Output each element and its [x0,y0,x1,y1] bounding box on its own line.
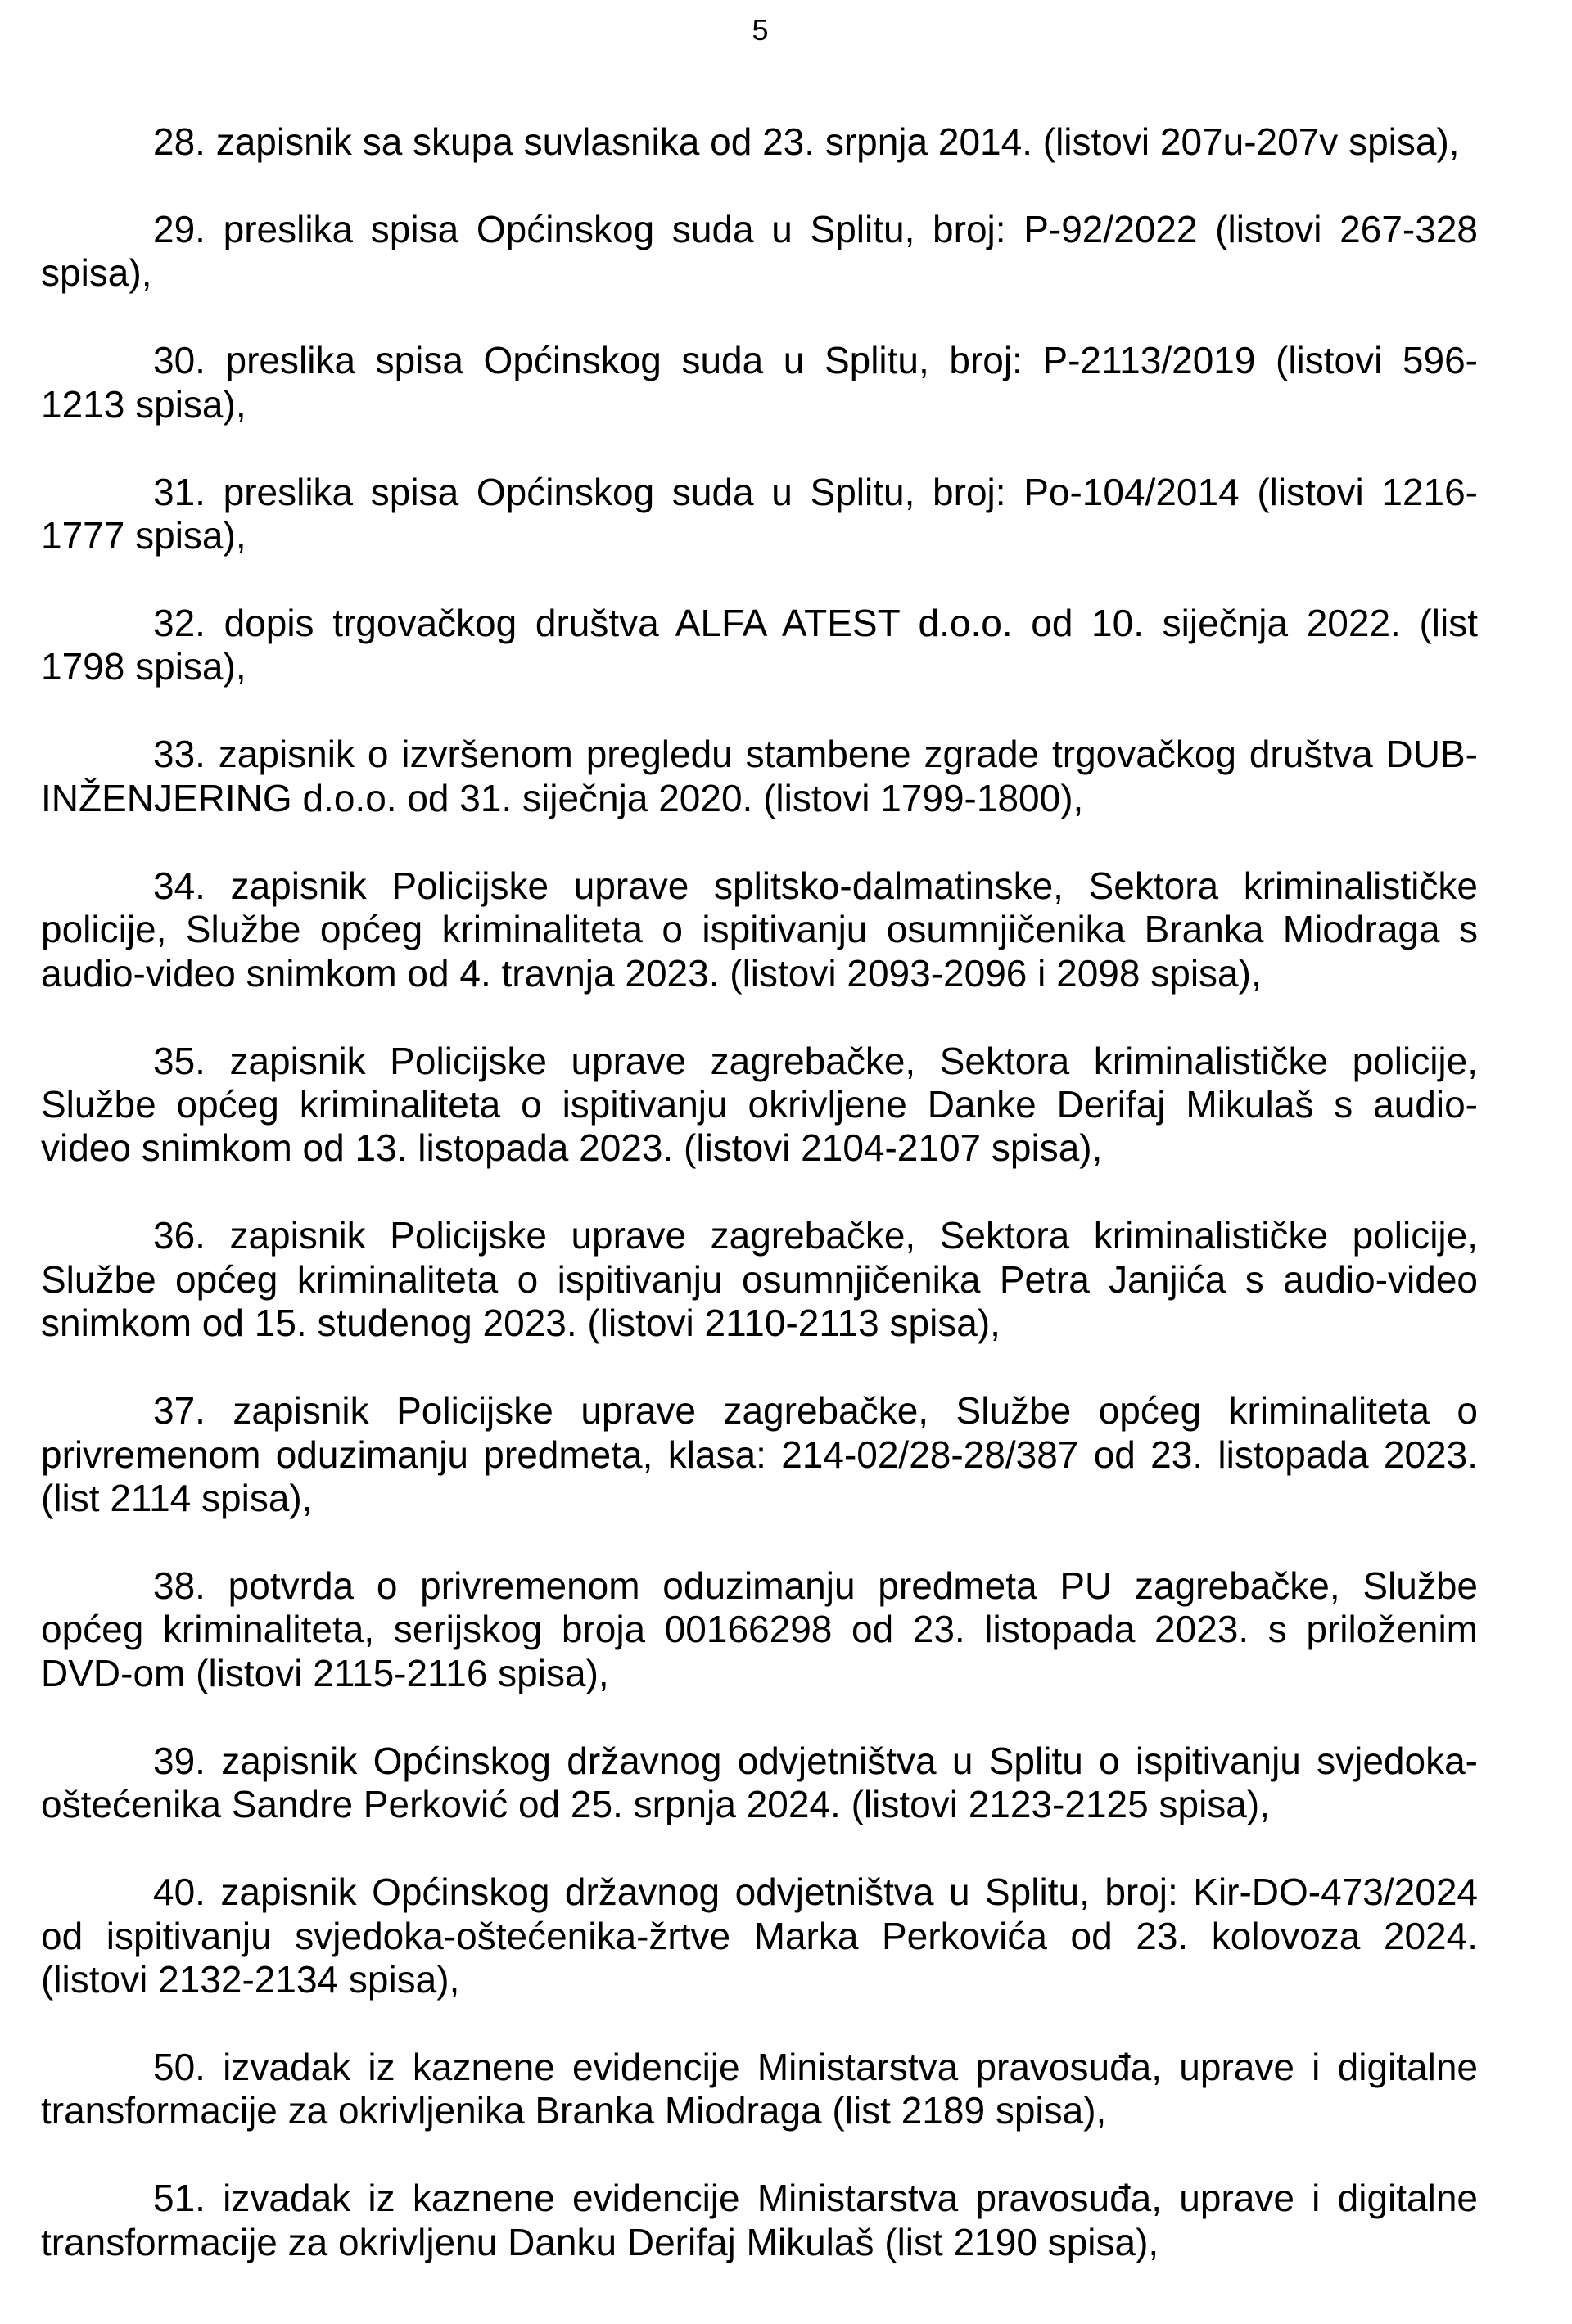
evidence-item-first-line: 29. preslika spisa Općinskog suda u Spli… [41,208,1478,251]
evidence-item-line: DVD-om (listovi 2115-2116 spisa), [41,1652,1478,1695]
evidence-item-line: (list 2114 spisa), [41,1477,1478,1520]
page-number: 5 [0,11,1520,49]
evidence-item-line: od ispitivanju svjedoka-oštećenika-žrtve… [41,1915,1478,1958]
evidence-item-line: snimkom od 15. studenog 2023. (listovi 2… [41,1302,1478,1345]
evidence-item: 34. zapisnik Policijske uprave splitsko-… [41,864,1478,995]
evidence-item-line: transformacije za okrivljenu Danku Derif… [41,2221,1478,2264]
evidence-item-first-line: 31. preslika spisa Općinskog suda u Spli… [41,471,1478,514]
evidence-item-line: (listovi 2132-2134 spisa), [41,1958,1478,2001]
evidence-item: 28. zapisnik sa skupa suvlasnika od 23. … [41,120,1478,164]
evidence-item: 33. zapisnik o izvršenom pregledu stambe… [41,733,1478,820]
evidence-item: 32. dopis trgovačkog društva ALFA ATEST … [41,602,1478,689]
evidence-item-line: INŽENJERING d.o.o. od 31. siječnja 2020.… [41,777,1478,820]
evidence-item: 35. zapisnik Policijske uprave zagrebačk… [41,1040,1478,1171]
evidence-item: 30. preslika spisa Općinskog suda u Spli… [41,339,1478,426]
evidence-item-line: video snimkom od 13. listopada 2023. (li… [41,1126,1478,1170]
evidence-item-first-line: 50. izvadak iz kaznene evidencije Minist… [41,2046,1478,2089]
evidence-item-first-line: 32. dopis trgovačkog društva ALFA ATEST … [41,602,1478,645]
evidence-item-first-line: 28. zapisnik sa skupa suvlasnika od 23. … [41,120,1478,164]
evidence-item-first-line: 33. zapisnik o izvršenom pregledu stambe… [41,733,1478,776]
evidence-item-line: oštećenika Sandre Perković od 25. srpnja… [41,1783,1478,1826]
evidence-item: 38. potvrda o privremenom oduzimanju pre… [41,1564,1478,1695]
evidence-item: 50. izvadak iz kaznene evidencije Minist… [41,2046,1478,2133]
evidence-item-line: općeg kriminaliteta, serijskog broja 001… [41,1608,1478,1651]
evidence-item-first-line: 30. preslika spisa Općinskog suda u Spli… [41,339,1478,382]
evidence-item-first-line: 35. zapisnik Policijske uprave zagrebačk… [41,1040,1478,1083]
evidence-item: 29. preslika spisa Općinskog suda u Spli… [41,208,1478,296]
evidence-item-first-line: 37. zapisnik Policijske uprave zagrebačk… [41,1389,1478,1433]
evidence-item-first-line: 36. zapisnik Policijske uprave zagrebačk… [41,1214,1478,1257]
evidence-item-line: spisa), [41,251,1478,295]
evidence-item-line: audio-video snimkom od 4. travnja 2023. … [41,952,1478,995]
evidence-item: 31. preslika spisa Općinskog suda u Spli… [41,471,1478,558]
evidence-item-first-line: 38. potvrda o privremenom oduzimanju pre… [41,1564,1478,1608]
evidence-item-first-line: 51. izvadak iz kaznene evidencije Minist… [41,2177,1478,2220]
evidence-item: 39. zapisnik Općinskog državnog odvjetni… [41,1740,1478,1827]
evidence-item: 40. zapisnik Općinskog državnog odvjetni… [41,1870,1478,2001]
evidence-item-first-line: 34. zapisnik Policijske uprave splitsko-… [41,864,1478,908]
evidence-item-line: 1777 spisa), [41,514,1478,557]
evidence-item-line: 1213 spisa), [41,383,1478,426]
evidence-item: 37. zapisnik Policijske uprave zagrebačk… [41,1389,1478,1520]
evidence-item-line: Službe općeg kriminaliteta o ispitivanju… [41,1083,1478,1126]
evidence-list: 28. zapisnik sa skupa suvlasnika od 23. … [41,120,1478,2264]
evidence-item-first-line: 39. zapisnik Općinskog državnog odvjetni… [41,1740,1478,1783]
evidence-item: 51. izvadak iz kaznene evidencije Minist… [41,2177,1478,2264]
evidence-item: 36. zapisnik Policijske uprave zagrebačk… [41,1214,1478,1345]
evidence-item-line: 1798 spisa), [41,645,1478,688]
evidence-item-line: Službe općeg kriminaliteta o ispitivanju… [41,1258,1478,1302]
evidence-item-line: privremenom oduzimanju predmeta, klasa: … [41,1433,1478,1477]
evidence-item-line: transformacije za okrivljenika Branka Mi… [41,2089,1478,2132]
evidence-item-line: policije, Službe općeg kriminaliteta o i… [41,908,1478,951]
evidence-item-first-line: 40. zapisnik Općinskog državnog odvjetni… [41,1870,1478,1914]
